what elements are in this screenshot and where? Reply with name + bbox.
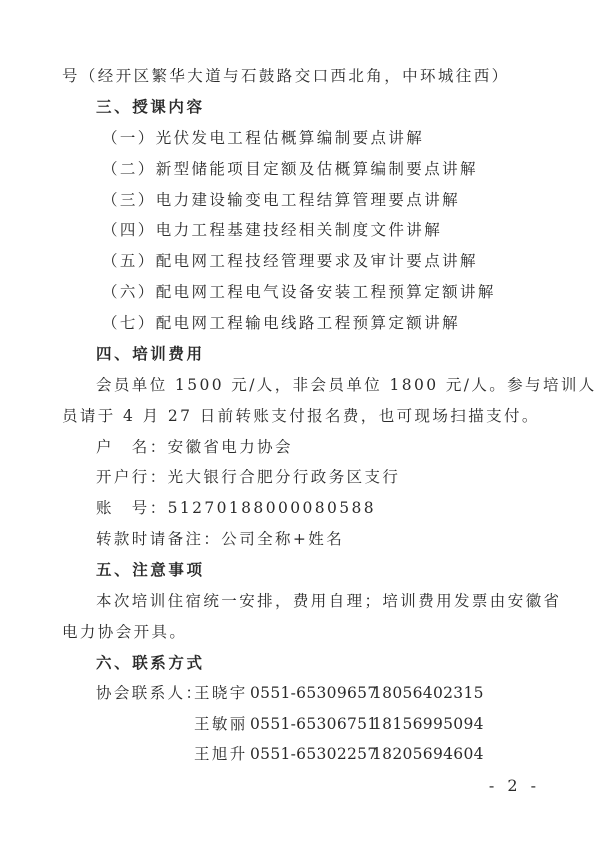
teaching-item: （三）电力建设输变电工程结算管理要点讲解 — [102, 190, 460, 210]
section-heading-teaching: 三、授课内容 — [96, 97, 205, 117]
page-number: - 2 - — [489, 776, 540, 795]
contact-name: 王旭升 — [194, 744, 248, 764]
contact-mobile: 18205694604 — [372, 744, 484, 764]
teaching-item: （六）配电网工程电气设备安装工程预算定额讲解 — [102, 282, 496, 302]
fees-paragraph-line: 会员单位 1500 元/人，非会员单位 1800 元/人。参与培训人 — [96, 375, 597, 395]
account-number: 账 号：51270188000080588 — [96, 498, 376, 518]
bank-name: 开户行：光大银行合肥分行政务区支行 — [96, 467, 400, 487]
teaching-item: （二）新型储能项目定额及估概算编制要点讲解 — [102, 159, 478, 179]
address-continuation: 号（经开区繁华大道与石鼓路交口西北角，中环城往西） — [62, 66, 510, 86]
contact-phone: 0551-65306751 — [250, 714, 377, 734]
teaching-item: （七）配电网工程输电线路工程预算定额讲解 — [102, 313, 460, 333]
section-heading-notes: 五、注意事项 — [96, 560, 205, 580]
contact-phone: 0551-65309657 — [250, 683, 377, 703]
notes-paragraph-line: 电力协会开具。 — [62, 622, 187, 642]
contact-mobile: 18156995094 — [372, 714, 484, 734]
contact-phone: 0551-65302257 — [250, 744, 377, 764]
notes-paragraph-line: 本次培训住宿统一安排，费用自理；培训费用发票由安徽省 — [96, 591, 561, 611]
contact-mobile: 18056402315 — [372, 683, 484, 703]
teaching-item: （五）配电网工程技经管理要求及审计要点讲解 — [102, 251, 478, 271]
contact-label: 协会联系人： — [96, 683, 203, 703]
account-name: 户 名：安徽省电力协会 — [96, 437, 293, 457]
fees-paragraph-line: 员请于 4 月 27 日前转账支付报名费，也可现场扫描支付。 — [62, 406, 540, 426]
contact-name: 王晓宇 — [194, 683, 248, 703]
section-heading-contact: 六、联系方式 — [96, 653, 205, 673]
transfer-remark: 转款时请备注：公司全称+姓名 — [96, 529, 344, 549]
contact-name: 王敏丽 — [194, 714, 248, 734]
teaching-item: （四）电力工程基建技经相关制度文件讲解 — [102, 220, 442, 240]
teaching-item: （一）光伏发电工程估概算编制要点讲解 — [102, 128, 424, 148]
section-heading-fees: 四、培训费用 — [96, 344, 205, 364]
